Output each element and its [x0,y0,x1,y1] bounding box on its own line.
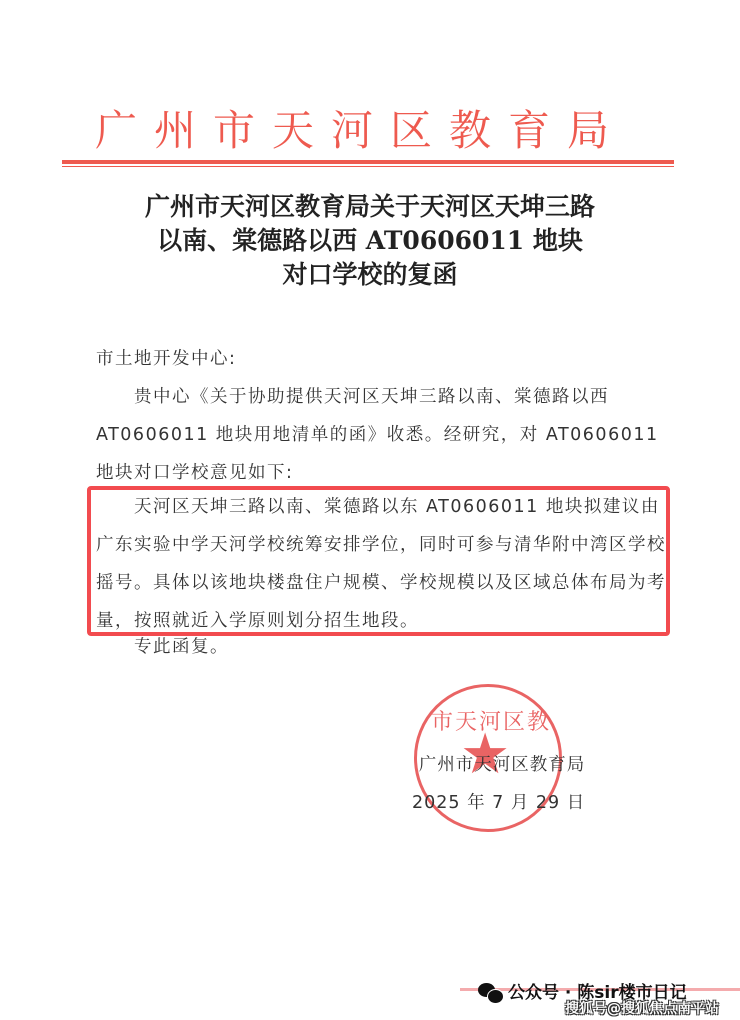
document-title: 广州市天河区教育局关于天河区天坤三路 以南、棠德路以西 AT0606011 地块… [100,190,640,292]
signature-block: 广州市天河区教育局 2025 年 7 月 29 日 [390,746,585,822]
masthead-title: 广州市天河区教育局 [95,98,675,158]
wechat-icon [478,983,504,1003]
masthead-rule-thin [62,166,674,167]
title-line-2: 以南、棠德路以西 AT0606011 地块 [100,224,640,258]
paragraph-request: 贵中心《关于协助提供天河区天坤三路以南、棠德路以西AT0606011 地块用地清… [96,378,672,492]
masthead-rule-thick [62,160,674,164]
title-line-1: 广州市天河区教育局关于天河区天坤三路 [100,190,640,224]
title-line-3: 对口学校的复函 [100,258,640,292]
closing-line: 专此函复。 [96,628,672,666]
sohu-watermark: 搜狐号@搜狐焦点南平站 [565,998,719,1018]
addressee: 市土地开发中心: [96,340,672,378]
issuer-name: 广州市天河区教育局 [390,746,585,784]
paragraph-school-assignment: 天河区天坤三路以南、棠德路以东 AT0606011 地块拟建议由广东实验中学天河… [96,488,672,640]
issue-date: 2025 年 7 月 29 日 [390,784,585,822]
